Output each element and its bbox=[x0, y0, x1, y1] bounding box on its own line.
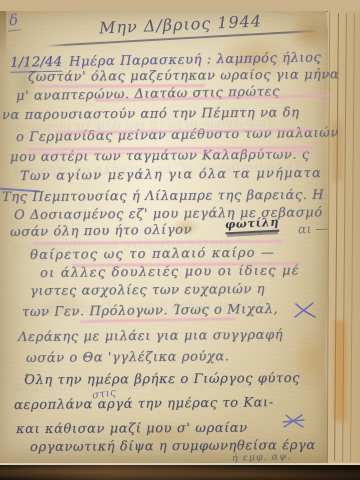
handwriting-line: οι άλλες δουλειές μου οι ίδιες μέ bbox=[40, 264, 300, 280]
handwriting-line: μου αστέρι των ταγμάτων Καλαβρύτων. ς bbox=[10, 148, 310, 164]
handwriting-line: Της Πεμπτουσίας ή Λίλαμπρε της βαρειάς. … bbox=[2, 189, 324, 204]
handwriting-line: Των αγίων μεγάλη για όλα τα μνήματα bbox=[20, 167, 322, 183]
handwriting-line: και κάθισαν μαζί μου σ' ωραίαν bbox=[16, 422, 248, 436]
handwriting-line: γιστες ασχολίες των ευχαριών η bbox=[30, 283, 265, 298]
handwriting-line: ωσάν ο Θα 'γγλέζικα ρούχα. bbox=[26, 350, 230, 365]
blue-ink-x-mark bbox=[293, 301, 317, 319]
handwriting-line: να παρουσιαστούν από την Πέμπτη να δη bbox=[2, 106, 300, 122]
blue-ink-x-mark bbox=[282, 412, 306, 430]
struck-inserted-word: φωτίλη bbox=[225, 215, 280, 235]
handwriting-line: των Γεν. Πρόλογων. Ίσως ο Μιχαλ, bbox=[22, 303, 278, 319]
diary-page-scan: να παρουσιαστούν από την Πέμπτη να δη Τω… bbox=[0, 0, 360, 480]
handwriting-line: ζωστάν' όλας μαζεύτηκαν ωραίος για μήνα bbox=[28, 68, 339, 84]
margin-footnote: ή εμφ. αψ. bbox=[232, 451, 292, 464]
handwriting-line: θαίρετος ως το παλαιό καίρο — bbox=[30, 246, 275, 262]
handwriting-fragment: αι — bbox=[298, 220, 328, 236]
page-number: δ bbox=[6, 10, 21, 31]
handwriting-line: αεροπλάνα αργά την ημέρας το Και- bbox=[14, 396, 274, 412]
handwriting-line: Λεράκης με μιλάει για μια συγγραφή bbox=[18, 329, 283, 344]
handwriting-line: ωσάν όλη που ήτο ολίγον bbox=[10, 223, 192, 239]
handwriting-layer: να παρουσιαστούν από την Πέμπτη να δη Τω… bbox=[0, 0, 360, 480]
handwriting-line: Όλη την ημέρα βρήκε ο Γιώργος φύτος bbox=[24, 372, 300, 387]
